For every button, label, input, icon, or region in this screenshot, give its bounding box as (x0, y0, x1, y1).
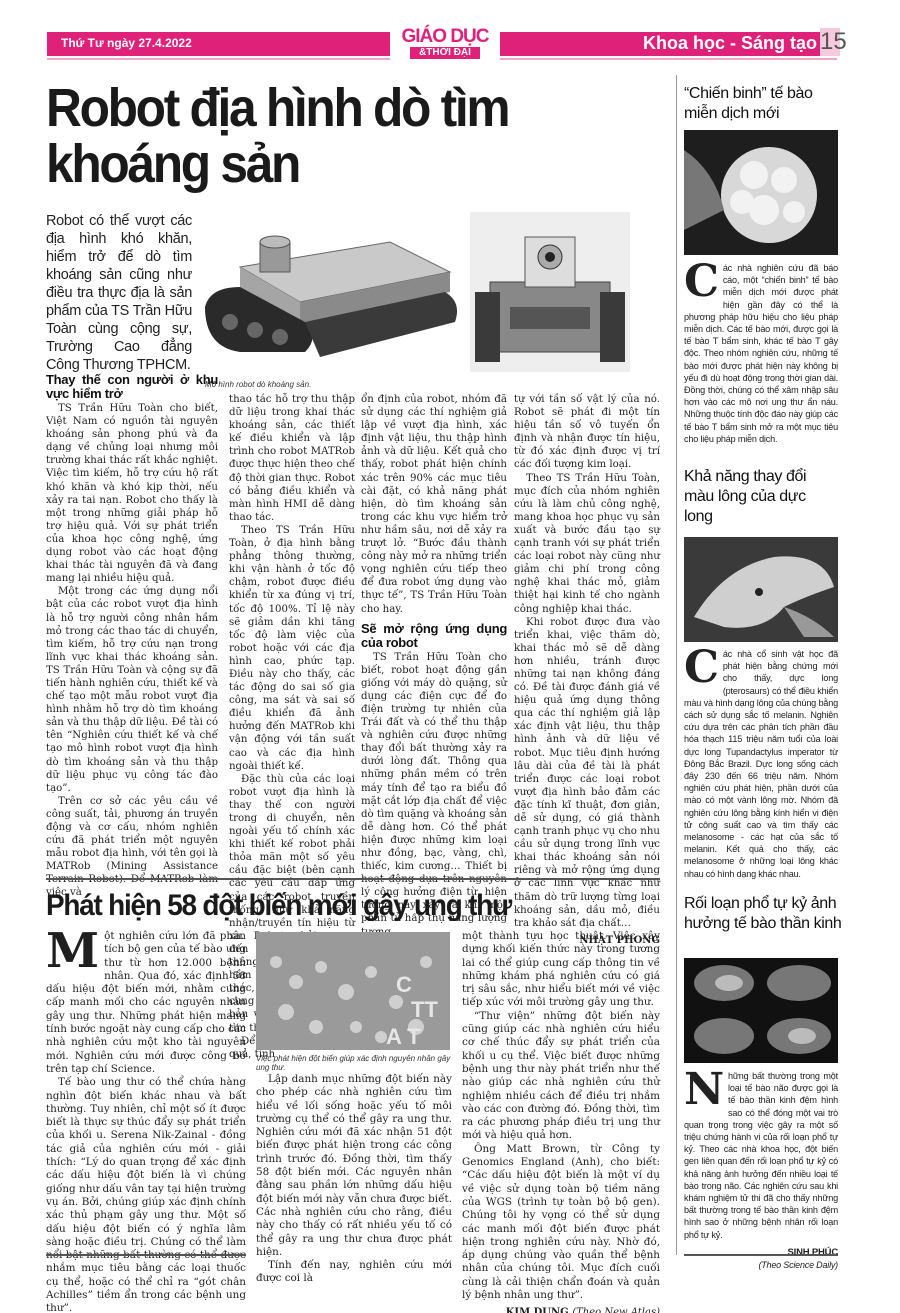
article2-image-caption: Việc phát hiện đột biến giúp xác định ng… (256, 1054, 456, 1072)
article1-subhead-2: Sẽ mở rộng ứng dụng của robot (361, 622, 507, 650)
byline-source: (Theo New Atlas) (572, 1307, 660, 1313)
pterosaur-image (684, 537, 838, 642)
sidebar-bottom-rule (684, 1254, 838, 1256)
article1-image-caption: Mô hình robot dò khoáng sản. (205, 380, 311, 389)
paragraph: Tế bào ung thư có thể chứa hàng nghìn độ… (46, 1076, 246, 1313)
article2-byline: KIM DUNG (Theo New Atlas) (462, 1306, 660, 1313)
robot-front-image (470, 212, 630, 372)
article1-column-3: ổn định của robot, nhóm đã sử dụng các t… (361, 393, 507, 939)
section-title: Khoa học - Sáng tạo (643, 33, 817, 54)
article2-column-1: Một nghiên cứu lớn đã phân tích bộ gen c… (46, 930, 246, 1313)
paragraph: Khi robot được đưa vào triển khai, việc … (514, 616, 660, 930)
paragraph: một thành tựu học thuật. Việc xây dựng k… (462, 930, 660, 1010)
article-divider (46, 878, 660, 880)
immune-cell-image (684, 130, 838, 255)
svg-text:TT: TT (411, 997, 438, 1022)
sidebar-byline: SINH PHÚC (684, 1247, 838, 1259)
article2-column-2: Lập danh mục những đột biến này cho phép… (256, 1073, 452, 1286)
paragraph: Tính đến nay, nghiên cứu mới được coi là (256, 1259, 452, 1286)
article2-column-3: một thành tựu học thuật. Việc xây dựng k… (462, 930, 660, 1313)
brain-scan-image (684, 958, 838, 1063)
paragraph: TS Trần Hữu Toàn cho biết, Việt Nam có n… (46, 402, 218, 585)
robot-tracked-image (200, 212, 465, 372)
paragraph: thao tác hỗ trợ thu thập dữ liệu trong k… (229, 393, 355, 524)
svg-text:C: C (396, 972, 412, 997)
logo-line-2: &THỜI ĐẠI (410, 47, 480, 59)
article1-subhead-1: Thay thế con người ở khu vực hiểm trở (46, 373, 218, 401)
logo-line-1: GIÁO DỤC (390, 27, 500, 46)
article1-lead: Robot có thể vượt các địa hình khó khăn,… (46, 212, 192, 374)
article1-column-1: Thay thế con người ở khu vực hiểm trở TS… (46, 373, 218, 900)
paragraph: Ông Matt Brown, từ Công ty Genomics Engl… (462, 1143, 660, 1303)
byline-author: KIM DUNG (506, 1307, 569, 1313)
article-bottom-rule (46, 1254, 246, 1256)
paragraph: Theo TS Trần Hữu Toàn, ở địa hình bằng p… (229, 524, 355, 773)
paragraph: Theo TS Trần Hữu Toàn, mục đích của nhóm… (514, 472, 660, 616)
sidebar-rule (676, 75, 677, 1255)
newspaper-logo: GIÁO DỤC &THỜI ĐẠI (390, 27, 500, 61)
dropcap: N (684, 1072, 724, 1108)
paragraph: Trên cơ sở các yêu cầu về công suất, tải… (46, 795, 218, 900)
dna-sequence-image: CTTA T (256, 932, 450, 1050)
sidebar-source: (Theo Science Daily) (684, 1259, 838, 1271)
sidebar-text-2: Các nhà cổ sinh vật học đã phát hiện bằn… (684, 648, 838, 880)
article1-column-4: tự với tần số vật lý của nó. Robot sẽ ph… (514, 393, 660, 947)
issue-date: Thứ Tư ngày 27.4.2022 (61, 36, 192, 50)
sidebar-text-3: Những bất thường trong một loại tế bào n… (684, 1070, 838, 1271)
paragraph: Một trong các ứng dụng nổi bật của các r… (46, 585, 218, 795)
dropcap: C (684, 264, 719, 300)
svg-text:A T: A T (386, 1024, 421, 1049)
sidebar-title-3: Rối loạn phổ tự kỷ ảnh hưởng tế bào thần… (684, 894, 844, 934)
paragraph: tự với tần số vật lý của nó. Robot sẽ ph… (514, 393, 660, 472)
article1-headline: Robot địa hình dò tìm khoáng sản (46, 80, 616, 192)
page-number: 15 (820, 28, 840, 56)
article2-headline: Phát hiện 58 đột biến mới gây ung thư (46, 888, 623, 924)
paragraph: “Thư viện” những đột biến này cũng giúp … (462, 1010, 660, 1143)
sidebar-text-1: Các nhà nghiên cứu đã báo cáo, một “chiế… (684, 262, 838, 445)
paragraph: Lập danh mục những đột biến này cho phép… (256, 1073, 452, 1259)
dropcap: M (46, 932, 99, 970)
dropcap: C (684, 650, 719, 686)
paragraph: ổn định của robot, nhóm đã sử dụng các t… (361, 393, 507, 616)
sidebar-title-2: Khả năng thay đổi màu lông của dực long (684, 467, 838, 527)
sidebar-title-1: “Chiến binh” tế bào miễn dịch mới (684, 84, 838, 124)
